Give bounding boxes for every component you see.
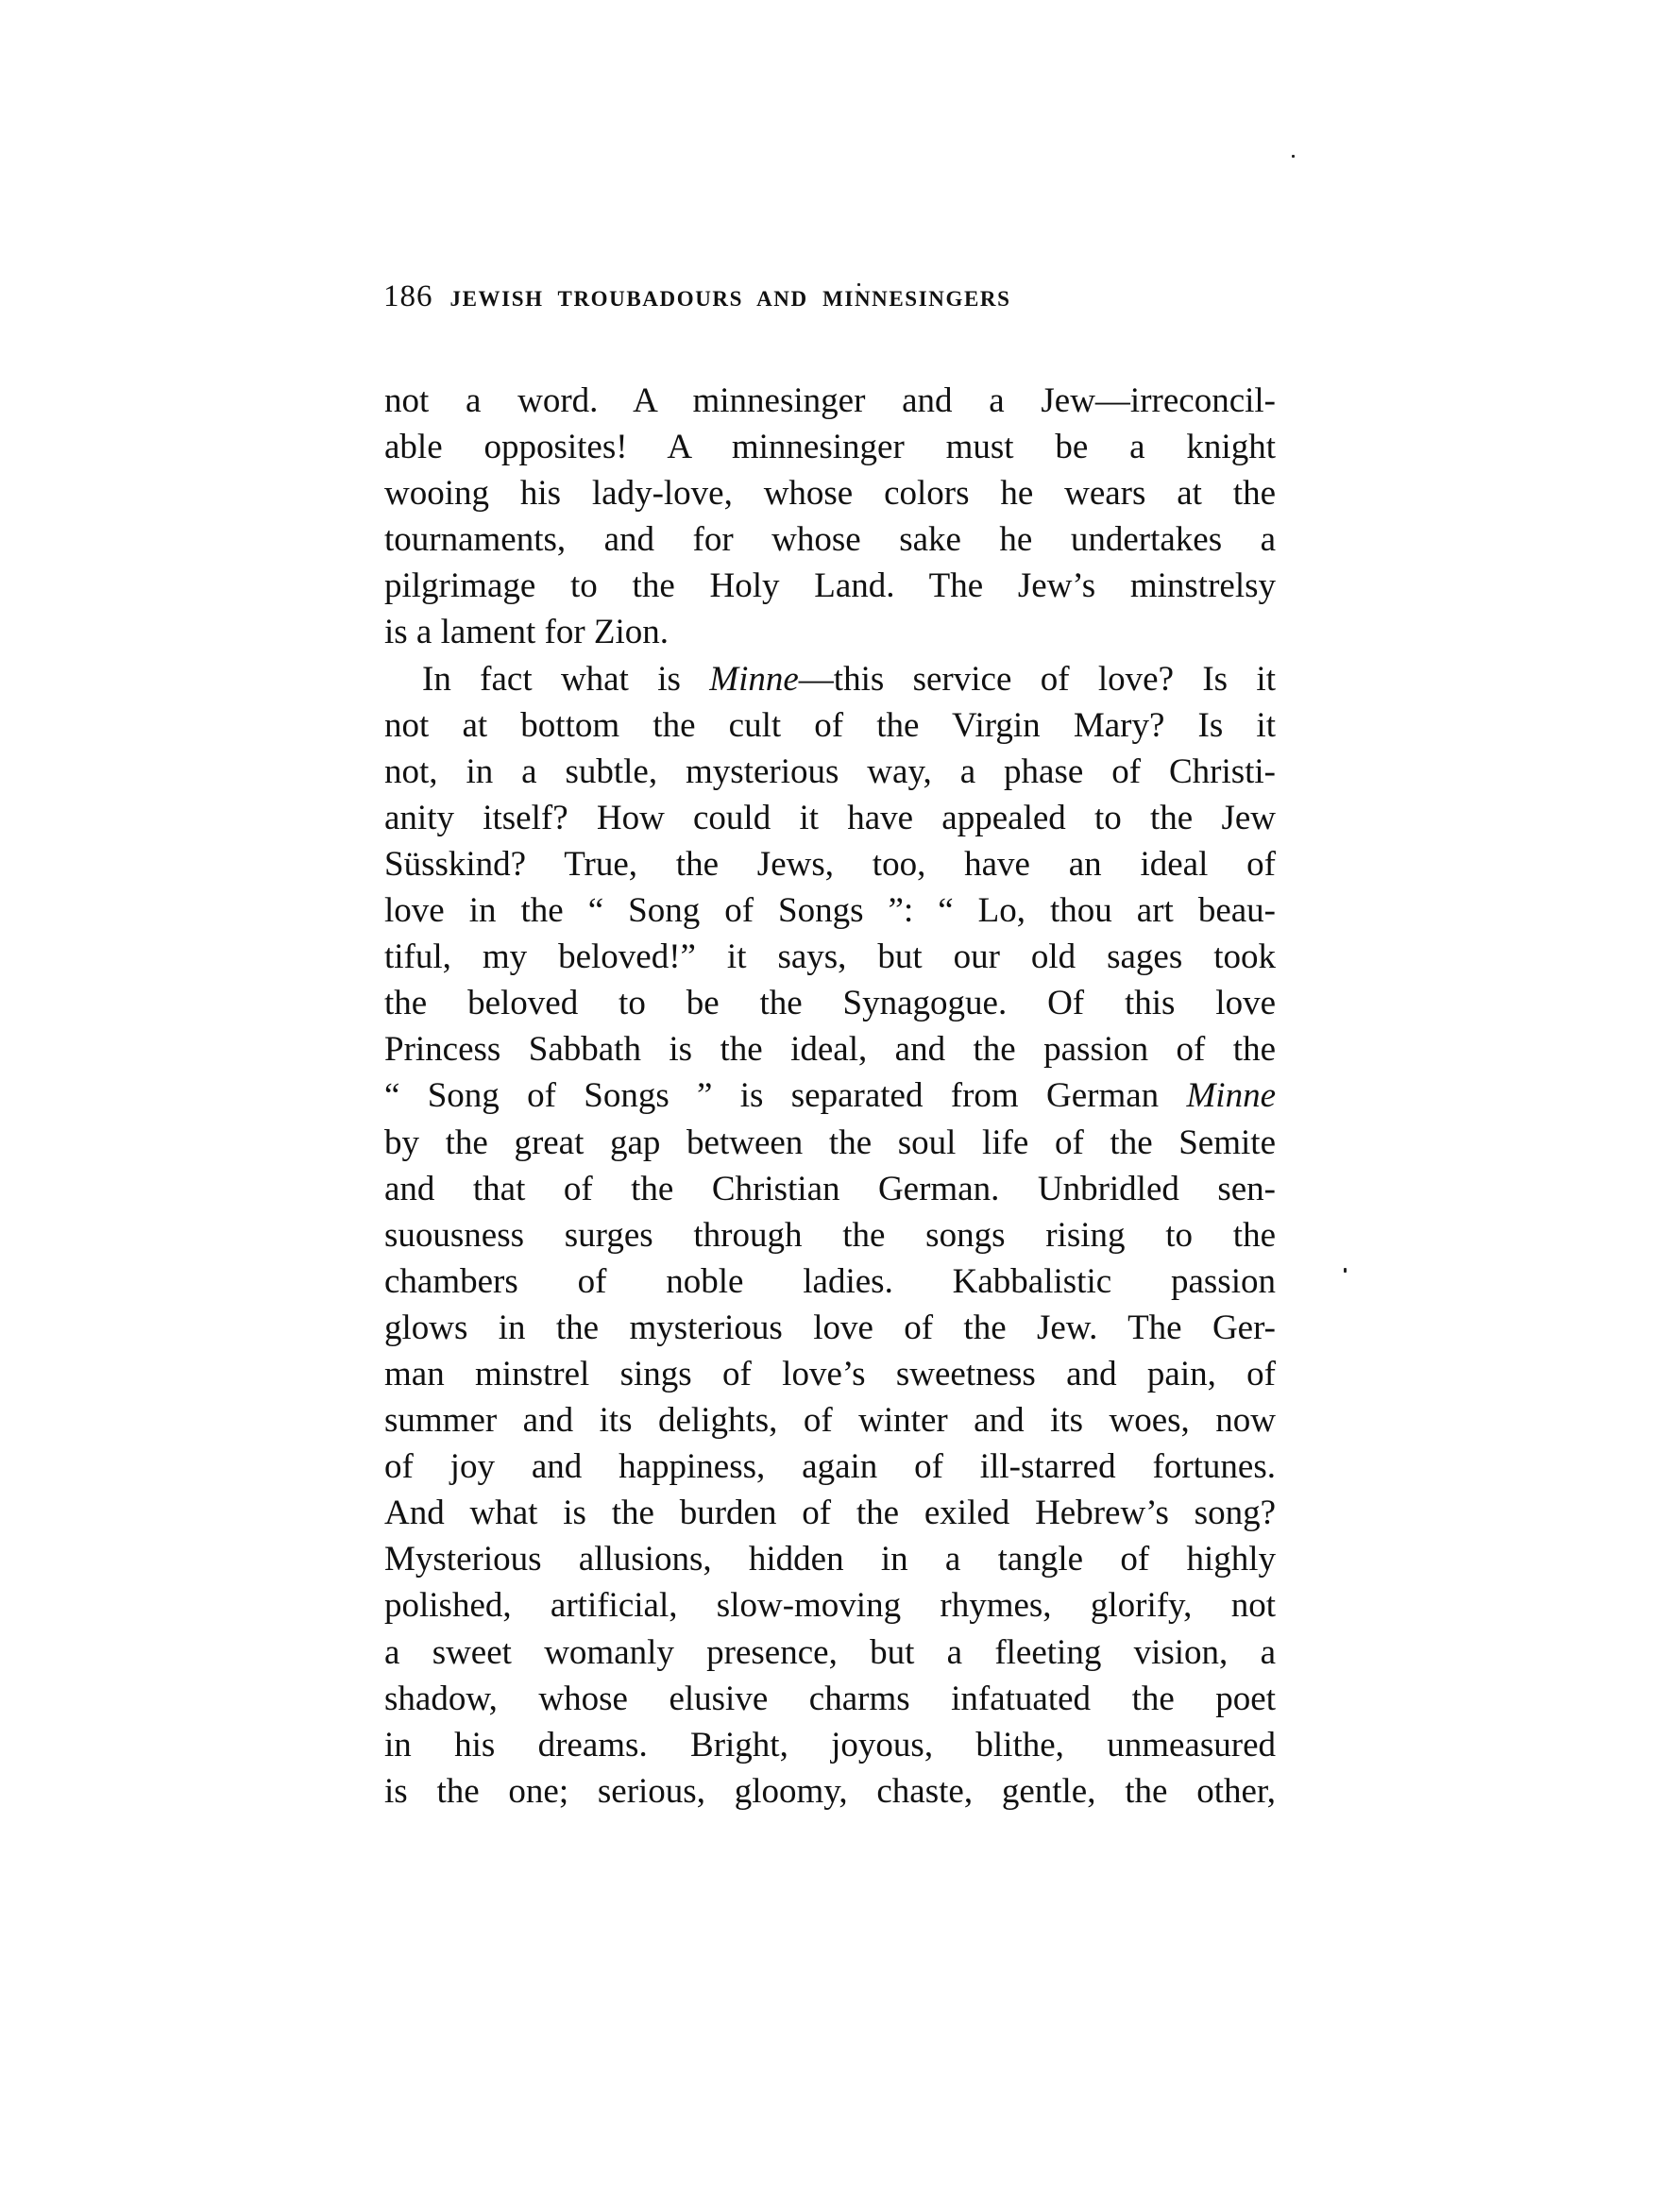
book-page: 186 JEWISH TROUBADOURS AND MINNESINGERS … (0, 0, 1661, 2212)
running-head: 186 JEWISH TROUBADOURS AND MINNESINGERS (383, 276, 1195, 317)
text-line: man minstrel sings of love’s sweetness a… (384, 1351, 1276, 1397)
text-line: shadow, whose elusive charms infatuated … (384, 1676, 1276, 1722)
text-line: summer and its delights, of winter and i… (384, 1397, 1276, 1444)
text-line: not at bottom the cult of the Virgin Mar… (384, 702, 1276, 749)
text-line: Mysterious allusions, hidden in a tangle… (384, 1536, 1276, 1582)
text-line: Süsskind? True, the Jews, too, have an i… (384, 841, 1276, 887)
text-line: polished, artificial, slow-moving rhymes… (384, 1582, 1276, 1629)
italic-term: Minne (709, 660, 799, 699)
italic-term: Minne (1186, 1076, 1276, 1115)
scan-speck (1292, 155, 1295, 158)
text-line: pilgrimage to the Holy Land. The Jew’s m… (384, 563, 1276, 609)
text-line: wooing his lady-love, whose colors he we… (384, 470, 1276, 516)
text-line: love in the “ Song of Songs ”: “ Lo, tho… (384, 887, 1276, 934)
text-line: “ Song of Songs ” is separated from Germ… (384, 1072, 1276, 1119)
text-line: of joy and happiness, again of ill-starr… (384, 1444, 1276, 1490)
body-text: not a word. A minnesinger and a Jew—irre… (384, 378, 1276, 1815)
text-line: suousness surges through the songs risin… (384, 1212, 1276, 1258)
text-line: not a word. A minnesinger and a Jew—irre… (384, 378, 1276, 424)
text-line: in his dreams. Bright, joyous, blithe, u… (384, 1722, 1276, 1768)
text-line: tournaments, and for whose sake he under… (384, 516, 1276, 563)
text-line: is a lament for Zion. (384, 609, 1276, 655)
text-line: a sweet womanly presence, but a fleeting… (384, 1629, 1276, 1676)
scan-speck (857, 283, 860, 286)
text-line: is the one; serious, gloomy, chaste, gen… (384, 1768, 1276, 1815)
text-line: In fact what is Minne—this service of lo… (384, 656, 1276, 702)
text-line: And what is the burden of the exiled Heb… (384, 1490, 1276, 1536)
text-line: anity itself? How could it have appealed… (384, 795, 1276, 841)
text-line: the beloved to be the Synagogue. Of this… (384, 980, 1276, 1026)
text-line: glows in the mysterious love of the Jew.… (384, 1305, 1276, 1351)
text-line: and that of the Christian German. Unbrid… (384, 1166, 1276, 1212)
text-line: chambers of noble ladies. Kabbalistic pa… (384, 1258, 1276, 1305)
text-line: not, in a subtle, mysterious way, a phas… (384, 749, 1276, 795)
text-line: able opposites! A minnesinger must be a … (384, 424, 1276, 470)
running-title: JEWISH TROUBADOURS AND MINNESINGERS (450, 287, 1011, 311)
text-line: Princess Sabbath is the ideal, and the p… (384, 1026, 1276, 1072)
text-line: by the great gap between the soul life o… (384, 1120, 1276, 1166)
scan-speck (1344, 1268, 1347, 1273)
page-number: 186 (383, 279, 433, 313)
text-line: tiful, my beloved!” it says, but our old… (384, 934, 1276, 980)
